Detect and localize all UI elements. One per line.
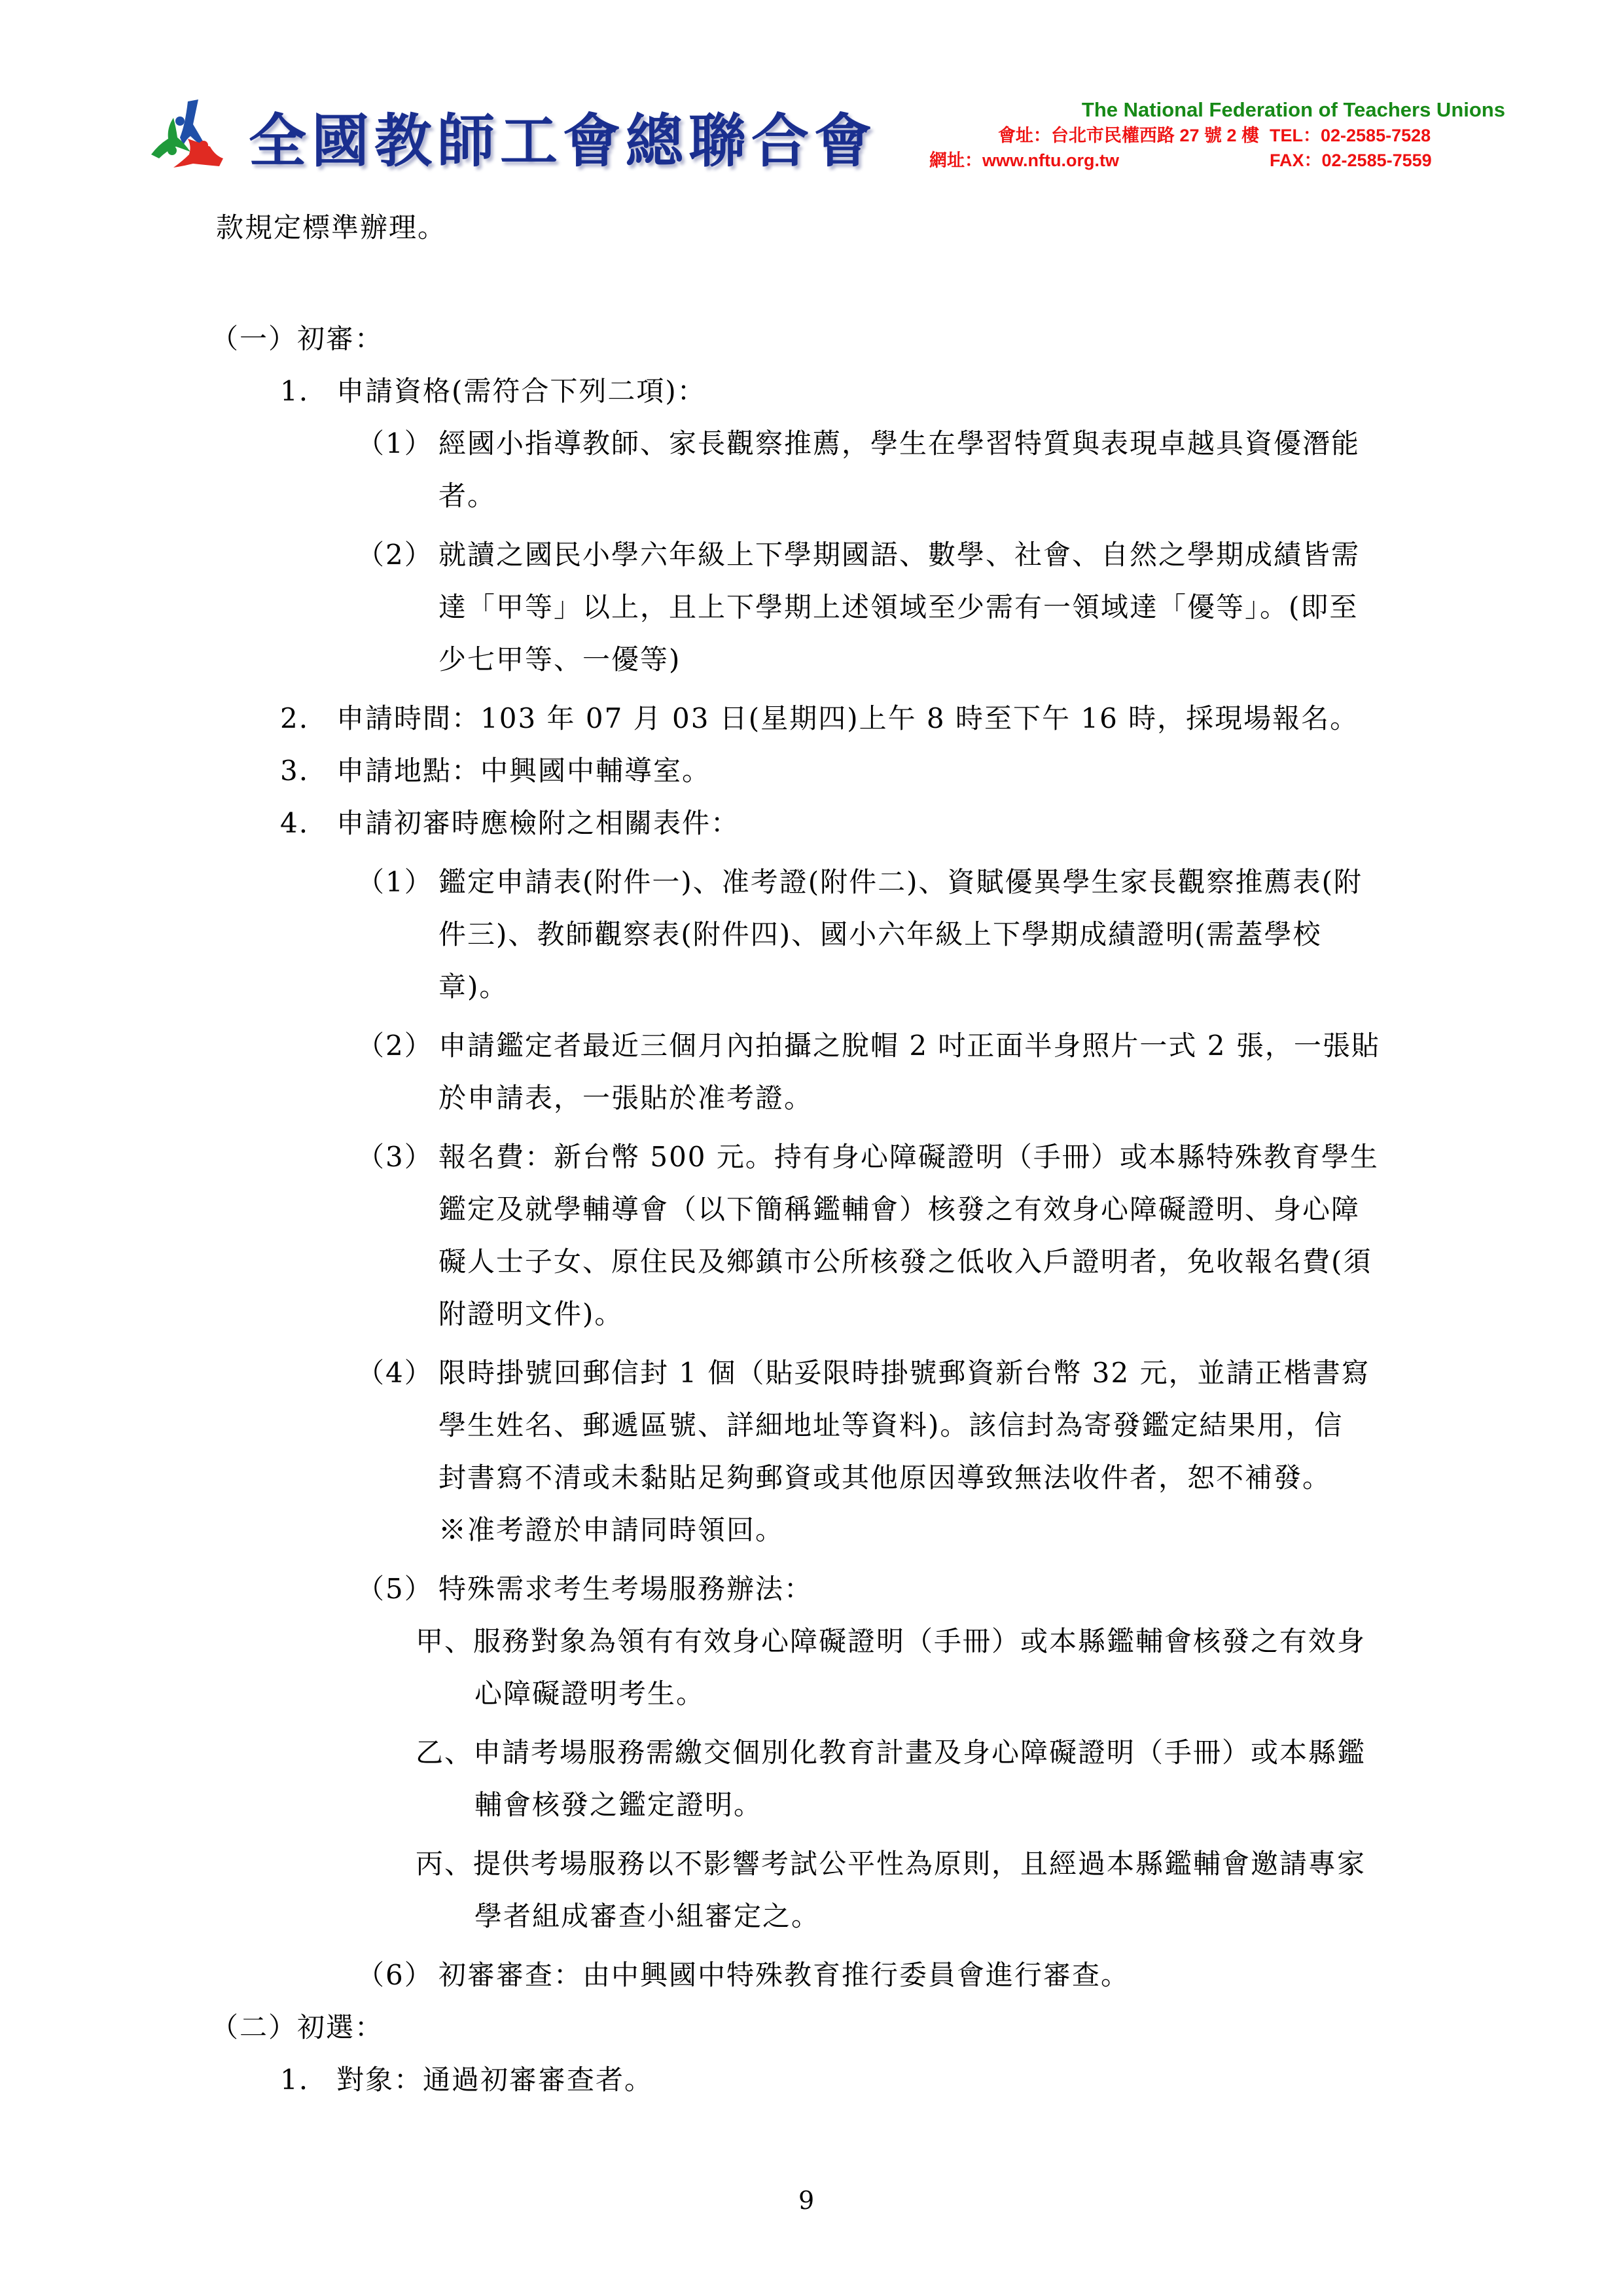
section-heading-2: （二）初選： bbox=[211, 2008, 383, 2047]
sub-marker: （1） bbox=[357, 863, 438, 902]
clause-text-continued: 學者組成審查小組審定之。 bbox=[474, 1897, 820, 1936]
section-title: 初選： bbox=[297, 2011, 383, 2043]
item-text: 申請地點：中興國中輔導室。 bbox=[336, 755, 711, 787]
sub-text: 報名費：新台幣 500 元。持有身心障礙證明（手冊）或本縣特殊教育學生 bbox=[438, 1141, 1379, 1173]
sub-text-continued: 封書寫不清或未黏貼足夠郵資或其他原因導致無法收件者，恕不補發。 bbox=[438, 1458, 1331, 1498]
clause-text: 申請考場服務需繳交個別化教育計畫及身心障礙證明（手冊）或本縣鑑 bbox=[473, 1736, 1366, 1768]
contact-block: The National Federation of Teachers Unio… bbox=[929, 97, 1505, 173]
sub-item-4-5: （5）特殊需求考生考場服務辦法： bbox=[357, 1570, 813, 1609]
sub-text-continued: 件三)、教師觀察表(附件四)、國小六年級上下學期成績證明(需蓋學校 bbox=[438, 915, 1322, 954]
sub-marker: （6） bbox=[357, 1956, 438, 1995]
sub-marker: （1） bbox=[357, 424, 438, 463]
section-marker: （二） bbox=[211, 2008, 297, 2047]
clause-c: 丙、提供考場服務以不影響考試公平性為原則，且經過本縣鑑輔會邀請專家 bbox=[416, 1844, 1366, 1884]
sub-text-continued: 於申請表，一張貼於准考證。 bbox=[438, 1079, 813, 1118]
fax: FAX：02-2585-7559 bbox=[1270, 148, 1505, 173]
sub-text-continued: 附證明文件)。 bbox=[438, 1295, 623, 1334]
sub-text-continued: 者。 bbox=[438, 476, 496, 516]
clause-marker: 丙、 bbox=[416, 1844, 473, 1884]
section-heading-1: （一）初審： bbox=[211, 319, 383, 359]
item-text: 對象：通過初審審查者。 bbox=[336, 2064, 653, 2096]
clause-a: 甲、服務對象為領有有效身心障礙證明（手冊）或本縣鑑輔會核發之有效身 bbox=[416, 1622, 1366, 1661]
list-item-3: 3.申請地點：中興國中輔導室。 bbox=[280, 751, 711, 791]
sub-text: 鑑定申請表(附件一)、准考證(附件二)、資賦優異學生家長觀察推薦表(附 bbox=[438, 866, 1363, 898]
item-text: 申請時間：103 年 07 月 03 日(星期四)上午 8 時至下午 16 時，… bbox=[336, 702, 1359, 734]
list-item-4: 4.申請初審時應檢附之相關表件： bbox=[280, 804, 740, 843]
sub-text: 初審審查：由中興國中特殊教育推行委員會進行審查。 bbox=[438, 1959, 1130, 1991]
admission-ticket-note: ※准考證於申請同時領回。 bbox=[438, 1511, 784, 1550]
sub-item-4-4: （4）限時掛號回郵信封 1 個（貼妥限時掛號郵資新台幣 32 元，並請正楷書寫 bbox=[357, 1354, 1370, 1393]
letterhead: 全國教師工會總聯合會 The National Federation of Te… bbox=[0, 0, 1623, 196]
sub-text: 經國小指導教師、家長觀察推薦，學生在學習特質與表現卓越具資優潛能 bbox=[438, 427, 1360, 459]
sub-marker: （5） bbox=[357, 1570, 438, 1609]
sub-marker: （2） bbox=[357, 535, 438, 575]
clause-text: 服務對象為領有有效身心障礙證明（手冊）或本縣鑑輔會核發之有效身 bbox=[473, 1625, 1366, 1657]
list-item-2-1: 1.對象：通過初審審查者。 bbox=[280, 2060, 653, 2100]
sub-marker: （3） bbox=[357, 1138, 438, 1177]
sub-text: 特殊需求考生考場服務辦法： bbox=[438, 1573, 813, 1605]
telephone: TEL：02-2585-7528 bbox=[1270, 123, 1505, 148]
sub-item-4-2: （2）申請鑑定者最近三個月內拍攝之脫帽 2 吋正面半身照片一式 2 張，一張貼 bbox=[357, 1026, 1380, 1066]
contact-row-1: 會址：台北市民權西路 27 號 2 樓 TEL：02-2585-7528 bbox=[929, 123, 1505, 148]
clause-marker: 甲、 bbox=[416, 1622, 473, 1661]
page-number: 9 bbox=[798, 2186, 814, 2215]
sub-item-4-1: （1）鑑定申請表(附件一)、准考證(附件二)、資賦優異學生家長觀察推薦表(附 bbox=[357, 863, 1363, 902]
continuation-text: 款規定標準辦理。 bbox=[216, 208, 446, 247]
sub-item-1-2: （2）就讀之國民小學六年級上下學期國語、數學、社會、自然之學期成績皆需 bbox=[357, 535, 1360, 575]
item-text: 申請資格(需符合下列二項)： bbox=[336, 375, 706, 407]
address: 會址：台北市民權西路 27 號 2 樓 bbox=[929, 123, 1270, 148]
sub-item-4-6: （6）初審審查：由中興國中特殊教育推行委員會進行審查。 bbox=[357, 1956, 1130, 1995]
item-marker: 1. bbox=[280, 372, 336, 411]
contact-row-2: 網址：www.nftu.org.tw FAX：02-2585-7559 bbox=[929, 148, 1505, 173]
item-text: 申請初審時應檢附之相關表件： bbox=[336, 807, 740, 839]
clause-text: 提供考場服務以不影響考試公平性為原則，且經過本縣鑑輔會邀請專家 bbox=[473, 1848, 1366, 1880]
sub-text: 就讀之國民小學六年級上下學期國語、數學、社會、自然之學期成績皆需 bbox=[438, 539, 1360, 571]
sub-marker: （2） bbox=[357, 1026, 438, 1066]
clause-text-continued: 心障礙證明考生。 bbox=[474, 1674, 705, 1713]
list-item-2: 2.申請時間：103 年 07 月 03 日(星期四)上午 8 時至下午 16 … bbox=[280, 699, 1359, 738]
website-link[interactable]: 網址：www.nftu.org.tw bbox=[929, 148, 1270, 173]
item-marker: 4. bbox=[280, 804, 336, 843]
section-marker: （一） bbox=[211, 319, 297, 359]
item-marker: 1. bbox=[280, 2060, 336, 2100]
section-title: 初審： bbox=[297, 323, 383, 355]
sub-text-continued: 礙人士子女、原住民及鄉鎮市公所核發之低收入戶證明者，免收報名費(須 bbox=[438, 1242, 1372, 1282]
sub-text: 限時掛號回郵信封 1 個（貼妥限時掛號郵資新台幣 32 元，並請正楷書寫 bbox=[438, 1357, 1370, 1389]
sub-marker: （4） bbox=[357, 1354, 438, 1393]
clause-text-continued: 輔會核發之鑑定證明。 bbox=[474, 1785, 762, 1825]
sub-item-4-3: （3）報名費：新台幣 500 元。持有身心障礙證明（手冊）或本縣特殊教育學生 bbox=[357, 1138, 1379, 1177]
sub-text-continued: 學生姓名、郵遞區號、詳細地址等資料)。該信封為寄發鑑定結果用，信 bbox=[438, 1406, 1343, 1445]
sub-text: 申請鑑定者最近三個月內拍攝之脫帽 2 吋正面半身照片一式 2 張，一張貼 bbox=[438, 1030, 1380, 1062]
item-marker: 2. bbox=[280, 699, 336, 738]
sub-text-continued: 鑑定及就學輔導會（以下簡稱鑑輔會）核發之有效身心障礙證明、身心障 bbox=[438, 1190, 1360, 1229]
three-figures-logo-icon bbox=[147, 98, 226, 170]
clause-b: 乙、申請考場服務需繳交個別化教育計畫及身心障礙證明（手冊）或本縣鑑 bbox=[416, 1733, 1366, 1772]
sub-text-continued: 少七甲等、一優等) bbox=[438, 640, 681, 679]
organization-logo-text: 全國教師工會總聯合會 bbox=[249, 105, 877, 177]
sub-text-continued: 章)。 bbox=[438, 967, 508, 1007]
list-item-1: 1.申請資格(需符合下列二項)： bbox=[280, 372, 706, 411]
org-name-english: The National Federation of Teachers Unio… bbox=[929, 97, 1505, 123]
sub-item-1-1: （1）經國小指導教師、家長觀察推薦，學生在學習特質與表現卓越具資優潛能 bbox=[357, 424, 1360, 463]
item-marker: 3. bbox=[280, 751, 336, 791]
sub-text-continued: 達「甲等」以上，且上下學期上述領域至少需有一領域達「優等」。(即至 bbox=[438, 588, 1358, 627]
clause-marker: 乙、 bbox=[416, 1733, 473, 1772]
